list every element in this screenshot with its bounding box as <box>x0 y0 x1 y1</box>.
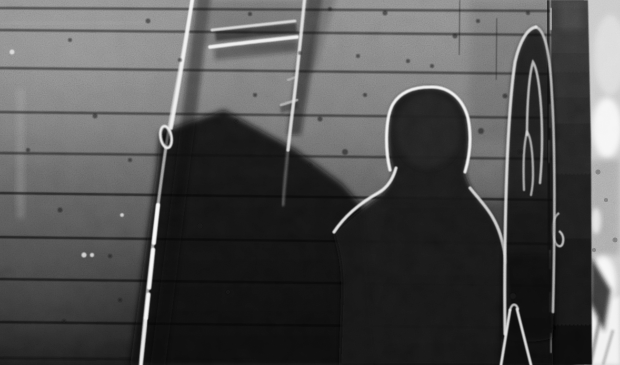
photograph <box>0 0 620 365</box>
photo-shapes <box>0 0 620 365</box>
